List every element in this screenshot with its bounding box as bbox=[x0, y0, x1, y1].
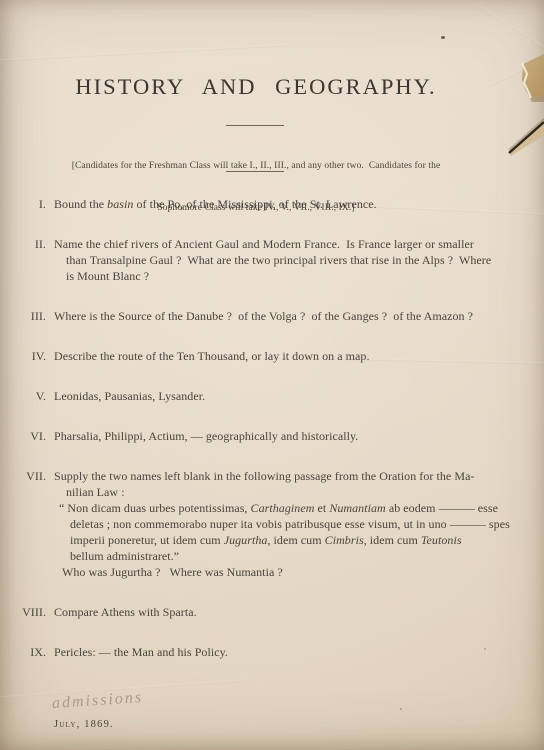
question-text: Where is the Source of the Danube ? of t… bbox=[54, 308, 520, 324]
question-text: Pericles: — the Man and his Policy. bbox=[54, 644, 520, 660]
question-line: bellum administraret.” bbox=[59, 548, 520, 564]
page-title: HISTORY AND GEOGRAPHY. bbox=[0, 74, 512, 100]
question-text: Describe the route of the Ten Thousand, … bbox=[54, 348, 520, 364]
question-numeral: VI. bbox=[8, 428, 54, 444]
exam-date: July, 1869. bbox=[54, 719, 114, 730]
question-text: Supply the two names left blank in the f… bbox=[54, 468, 520, 580]
paper-speck bbox=[441, 36, 445, 39]
question-line: Where is the Source of the Danube ? of t… bbox=[54, 308, 520, 324]
question-block-main: Pharsalia, Philippi, Actium, — geographi… bbox=[54, 428, 520, 444]
question-line: “ Non dicam duas urbes potentissimas, Ca… bbox=[59, 500, 520, 516]
handwritten-admissions-note: admissions bbox=[51, 689, 143, 713]
question-text: Leonidas, Pausanias, Lysander. bbox=[54, 388, 520, 404]
question-item: IV.Describe the route of the Ten Thousan… bbox=[8, 348, 520, 364]
paper-crease bbox=[0, 44, 290, 62]
question-block-main: Pericles: — the Man and his Policy. bbox=[54, 644, 520, 660]
exam-paper-page: HISTORY AND GEOGRAPHY. [Candidates for t… bbox=[0, 0, 544, 750]
question-item: IX.Pericles: — the Man and his Policy. bbox=[8, 644, 520, 660]
question-block-sub: Who was Jugurtha ? Where was Numantia ? bbox=[62, 564, 520, 580]
question-numeral: IV. bbox=[8, 348, 54, 364]
question-numeral: II. bbox=[8, 236, 54, 284]
divider-rule-top bbox=[226, 125, 284, 126]
question-block-quote: “ Non dicam duas urbes potentissimas, Ca… bbox=[59, 500, 520, 564]
question-text: Compare Athens with Sparta. bbox=[54, 604, 520, 620]
question-line: imperii poneretur, ut idem cum Jugurtha,… bbox=[59, 532, 520, 548]
question-item: V.Leonidas, Pausanias, Lysander. bbox=[8, 388, 520, 404]
question-item: VI.Pharsalia, Philippi, Actium, — geogra… bbox=[8, 428, 520, 444]
question-numeral: VIII. bbox=[8, 604, 54, 620]
question-block-main: Compare Athens with Sparta. bbox=[54, 604, 520, 620]
question-block-main: Name the chief rivers of Ancient Gaul an… bbox=[54, 236, 520, 284]
question-block-main: Leonidas, Pausanias, Lysander. bbox=[54, 388, 520, 404]
question-item: VII.Supply the two names left blank in t… bbox=[8, 468, 520, 580]
question-text: Bound the basin of the Po, of the Missis… bbox=[54, 196, 520, 212]
question-line: is Mount Blanc ? bbox=[54, 268, 520, 284]
question-line: deletas ; non commemorabo nuper ita vobi… bbox=[59, 516, 520, 532]
paper-tear bbox=[498, 52, 544, 167]
question-line: Bound the basin of the Po, of the Missis… bbox=[54, 196, 520, 212]
question-numeral: III. bbox=[8, 308, 54, 324]
question-block-main: Where is the Source of the Danube ? of t… bbox=[54, 308, 520, 324]
question-line: Compare Athens with Sparta. bbox=[54, 604, 520, 620]
question-numeral: V. bbox=[8, 388, 54, 404]
question-item: II.Name the chief rivers of Ancient Gaul… bbox=[8, 236, 520, 284]
question-numeral: I. bbox=[8, 196, 54, 212]
question-item: I.Bound the basin of the Po, of the Miss… bbox=[8, 196, 520, 212]
question-line: Pericles: — the Man and his Policy. bbox=[54, 644, 520, 660]
paper-speck bbox=[400, 708, 402, 710]
question-line: Describe the route of the Ten Thousand, … bbox=[54, 348, 520, 364]
question-item: VIII.Compare Athens with Sparta. bbox=[8, 604, 520, 620]
question-block-main: Supply the two names left blank in the f… bbox=[54, 468, 520, 500]
question-numeral: IX. bbox=[8, 644, 54, 660]
divider-rule-bottom bbox=[226, 171, 284, 172]
question-block-main: Bound the basin of the Po, of the Missis… bbox=[54, 196, 520, 212]
question-text: Pharsalia, Philippi, Actium, — geographi… bbox=[54, 428, 520, 444]
question-text: Name the chief rivers of Ancient Gaul an… bbox=[54, 236, 520, 284]
paper-crease bbox=[476, 4, 544, 53]
question-line: Pharsalia, Philippi, Actium, — geographi… bbox=[54, 428, 520, 444]
question-item: III.Where is the Source of the Danube ? … bbox=[8, 308, 520, 324]
question-line: Name the chief rivers of Ancient Gaul an… bbox=[54, 236, 520, 252]
question-line: nilian Law : bbox=[54, 484, 520, 500]
question-line: Supply the two names left blank in the f… bbox=[54, 468, 520, 484]
question-line: Who was Jugurtha ? Where was Numantia ? bbox=[62, 564, 520, 580]
question-numeral: VII. bbox=[8, 468, 54, 580]
question-line: Leonidas, Pausanias, Lysander. bbox=[54, 388, 520, 404]
question-line: than Transalpine Gaul ? What are the two… bbox=[54, 252, 520, 268]
question-block-main: Describe the route of the Ten Thousand, … bbox=[54, 348, 520, 364]
question-list: I.Bound the basin of the Po, of the Miss… bbox=[8, 196, 520, 660]
